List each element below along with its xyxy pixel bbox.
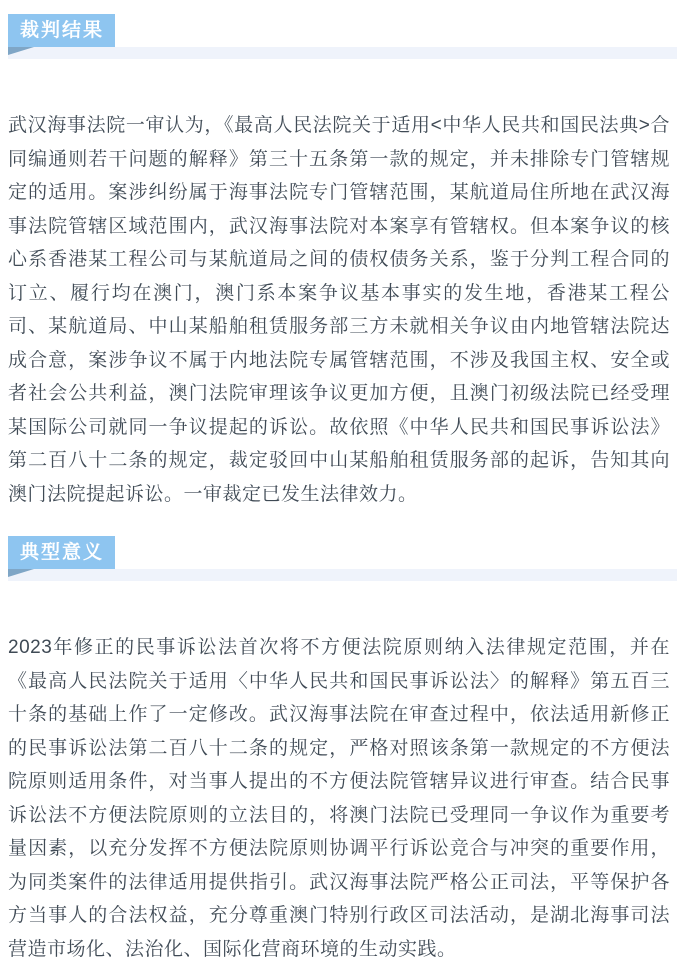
section-judgment-result: 裁判结果 武汉海事法院一审认为，《最高人民法院关于适用<中华人民共和国民法典>合… (0, 0, 677, 511)
section-title-badge: 典型意义 (8, 536, 115, 569)
section-header: 典型意义 (0, 536, 677, 581)
typical-significance-paragraph: 2023年修正的民事诉讼法首次将不方便法院原则纳入法律规定范围，并在《最高人民法… (8, 631, 670, 966)
section-title-badge: 裁判结果 (8, 14, 115, 47)
header-underline-band (8, 47, 677, 59)
section-header: 裁判结果 (0, 14, 677, 59)
section-typical-significance: 典型意义 2023年修正的民事诉讼法首次将不方便法院原则纳入法律规定范围，并在《… (0, 536, 677, 966)
article-page: 裁判结果 武汉海事法院一审认为，《最高人民法院关于适用<中华人民共和国民法典>合… (0, 0, 677, 974)
section-title: 裁判结果 (20, 20, 104, 41)
page-bottom-spacer (0, 966, 677, 974)
judgment-result-paragraph: 武汉海事法院一审认为，《最高人民法院关于适用<中华人民共和国民法典>合同编通则若… (8, 109, 670, 511)
section-title: 典型意义 (20, 542, 104, 563)
header-underline-band (8, 569, 677, 581)
